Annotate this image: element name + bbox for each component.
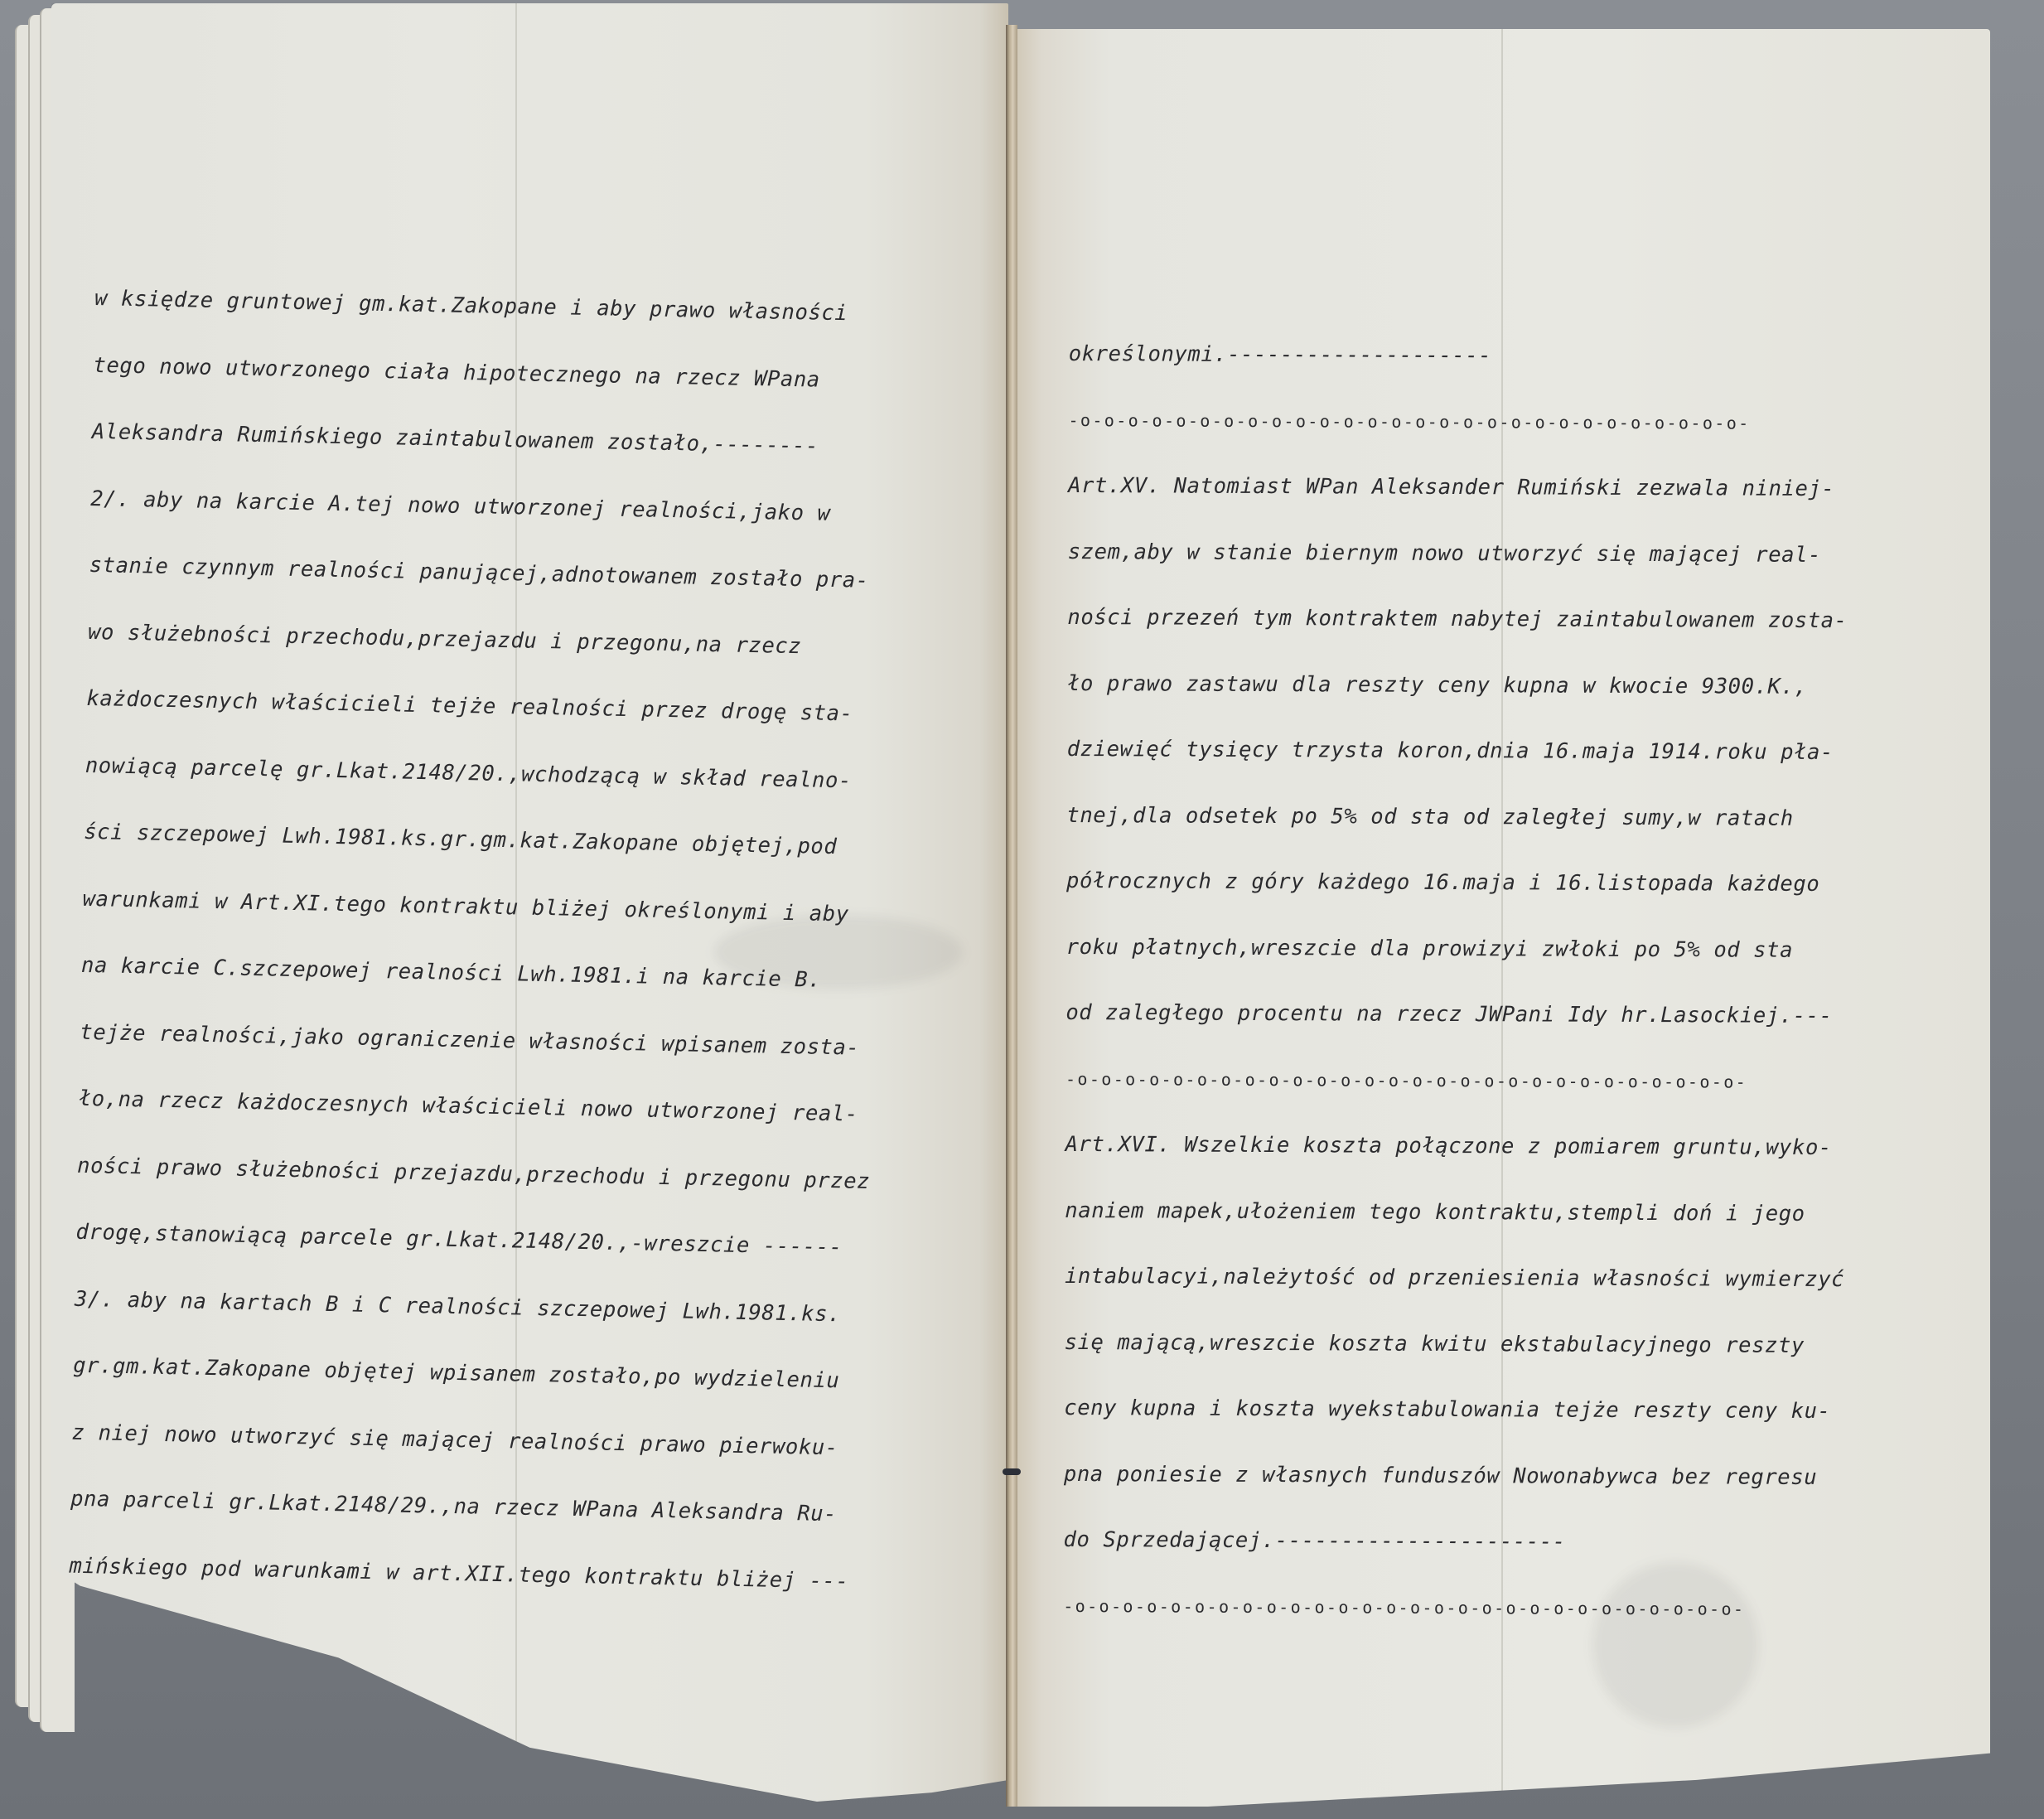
text-line: ności przezeń tym kontraktem nabytej zai… bbox=[1067, 585, 1848, 655]
text-line: tnej,dla odsetek po 5% od sta od zaległe… bbox=[1066, 782, 1847, 852]
text-line: ło prawo zastawu dla reszty ceny kupna w… bbox=[1067, 651, 1848, 720]
text-line: określonymi.-------------------- bbox=[1069, 322, 1849, 391]
text-line: roku płatnych,wreszcie dla prowizyi zwło… bbox=[1066, 914, 1847, 984]
text-line: dziewięć tysięcy trzysta koron,dnia 16.m… bbox=[1067, 717, 1848, 786]
text-line: szem,aby w stanie biernym nowo utworzyć … bbox=[1068, 519, 1848, 588]
right-page-text: określonymi.-------------------- -o-o-o-… bbox=[1063, 322, 1848, 1642]
article-heading-line: Art.XVI. Wszelkie koszta połączone z pom… bbox=[1065, 1112, 1845, 1182]
text-line: naniem mapek,ułożeniem tego kontraktu,st… bbox=[1065, 1178, 1845, 1247]
article-heading-line: Art.XV. Natomiast WPan Aleksander Rumińs… bbox=[1068, 453, 1848, 523]
text-line: do Sprzedającej.---------------------- bbox=[1063, 1507, 1843, 1577]
text-line: intabulacyi,należytość od przeniesienia … bbox=[1065, 1244, 1845, 1313]
text-line: od zaległego procentu na rzecz JWPani Id… bbox=[1065, 980, 1846, 1050]
book-gutter bbox=[1006, 25, 1017, 1807]
text-line: półrocznych z góry każdego 16.maja i 16.… bbox=[1066, 849, 1847, 918]
text-line: ceny kupna i koszta wyekstabulowania tej… bbox=[1064, 1376, 1844, 1445]
text-line: pna poniesie z własnych funduszów Nowona… bbox=[1064, 1441, 1844, 1511]
left-page-text: w księdze gruntowej gm.kat.Zakopane i ab… bbox=[69, 265, 888, 1615]
text-line: się mającą,wreszcie koszta kwitu ekstabu… bbox=[1064, 1309, 1844, 1379]
section-separator: -o-o-o-o-o-o-o-o-o-o-o-o-o-o-o-o-o-o-o-o… bbox=[1068, 387, 1848, 457]
section-separator: -o-o-o-o-o-o-o-o-o-o-o-o-o-o-o-o-o-o-o-o… bbox=[1065, 1046, 1846, 1115]
binding-staple bbox=[1003, 1468, 1021, 1475]
section-separator: -o-o-o-o-o-o-o-o-o-o-o-o-o-o-o-o-o-o-o-o… bbox=[1063, 1573, 1843, 1642]
